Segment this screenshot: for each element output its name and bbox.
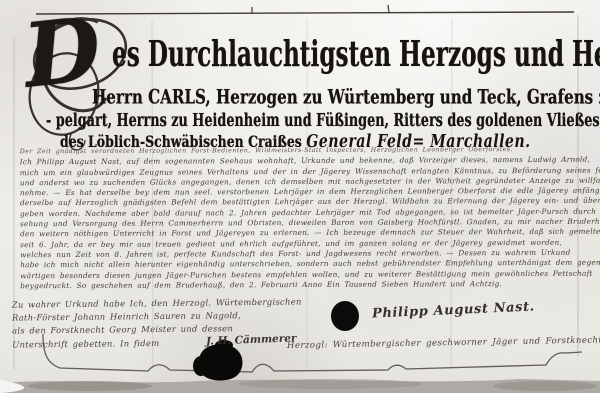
wax-seal-round-icon xyxy=(331,301,359,331)
header-line-1: es Durchlauchtigsten Herzogs und Herrns, xyxy=(112,33,600,74)
scan-edge-shadow xyxy=(0,379,600,393)
header-line-2: Herrn CARLS, Herzogen zu Würtemberg und … xyxy=(92,86,600,109)
top-border-rule xyxy=(36,5,574,14)
manuscript-body: Der Zeit gnädigst verordneten Herzoglich… xyxy=(20,145,583,292)
header-line-3: - pelgart, Herrns zu Heidenheim und Füßi… xyxy=(46,110,600,131)
